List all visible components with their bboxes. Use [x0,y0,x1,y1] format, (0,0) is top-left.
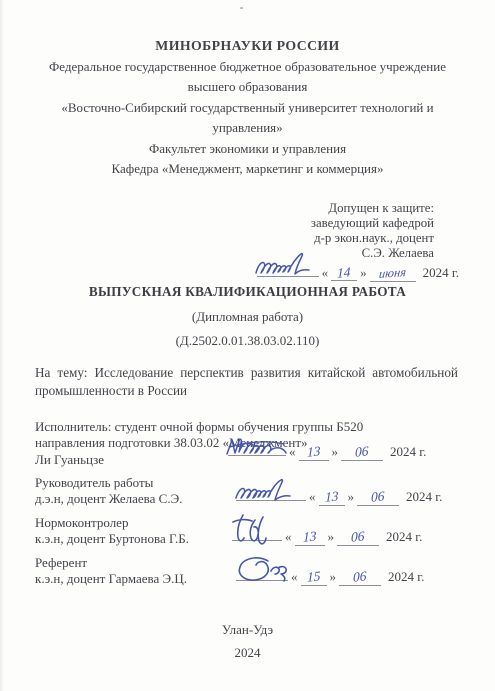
normcontrol-role: Нормоконтролер [35,515,189,531]
topic-block: На тему: Исследование перспектив развити… [35,364,458,400]
approval-line2: заведующий кафедрой [257,216,459,231]
executor-month-handwritten: 06 [355,443,368,460]
laquo: « [285,529,292,544]
executor-date-line: «13»062024 г. [228,444,426,461]
department-name: Кафедра «Менеджмент, маркетинг и коммерц… [0,159,495,180]
supervisor-day-handwritten: 13 [325,488,338,505]
approval-day-handwritten: 14 [337,264,350,280]
referent-person: к.э.н, доцент Гармаева Э.Ц. [35,571,187,587]
approval-month-field: июня [370,265,416,282]
referent-role: Референт [35,555,187,571]
normcontrol-year-label: 2024 г. [386,529,422,544]
supervisor-month-handwritten: 06 [371,488,384,505]
normcontrol-day-handwritten: 13 [303,528,316,545]
supervisor-date-line: «13»062024 г. [236,489,442,506]
supervisor-block: Руководитель работы д.э.н, доцент Желаев… [35,475,182,508]
signature-garmaeva-icon [232,553,290,587]
ministry-name: МИНОБРНАУКИ РОССИИ [0,36,495,57]
footer-city: Улан-Удэ [0,622,495,638]
university-line1: «Восточно-Сибирский государственный унив… [0,98,495,119]
supervisor-role: Руководитель работы [35,475,182,491]
supervisor-signature-field [236,500,306,501]
supervisor-day-field: 13 [319,489,345,506]
institution-line2: высшего образования [0,77,495,98]
faculty-name: Факультет экономики и управления [0,139,495,160]
normcontrol-signature-field [232,540,282,541]
scan-artifact-dot [240,7,243,9]
executor-line1: Исполнитель: студент очной формы обучени… [35,419,363,435]
normcontrol-month-field: 06 [337,529,379,546]
normcontrol-day-field: 13 [295,529,325,546]
normcontrol-date-line: «13»062024 г. [232,529,422,546]
approval-line3: д-р экон.наук., доцент [257,231,459,246]
laquo: « [291,569,298,584]
footer-year: 2024 [0,645,495,661]
approval-day-field: 14 [331,265,357,281]
work-subtitle: (Дипломная работа) [0,309,495,325]
approval-year-label: 2024 г. [423,265,459,280]
approval-line1: Допущен к защите: [257,201,459,216]
normcontrol-month-handwritten: 06 [351,528,364,545]
topic-line2: промышленности в России [35,382,458,400]
referent-date-line: «15»062024 г. [236,569,424,586]
laquo: « [289,444,296,459]
normcontrol-person: к.э.н, доцент Буртонова Г.Б. [35,531,189,547]
raquo: » [332,444,339,459]
title-block: ВЫПУСКНАЯ КВАЛИФИКАЦИОННАЯ РАБОТА (Дипло… [0,284,495,349]
approval-date-line: «14»июня2024 г. [257,265,459,282]
executor-year-label: 2024 г. [390,444,426,459]
normcontrol-block: Нормоконтролер к.э.н, доцент Буртонова Г… [35,515,189,548]
approval-block: Допущен к защите: заведующий кафедрой д-… [257,201,459,282]
referent-signature-field [236,580,288,581]
raquo: » [348,489,355,504]
executor-signature-field [228,455,286,456]
signature-zhelaeva-icon [232,478,308,504]
work-title: ВЫПУСКНАЯ КВАЛИФИКАЦИОННАЯ РАБОТА [0,284,495,300]
university-line2: управления» [0,118,495,139]
approval-month-handwritten: июня [378,265,407,282]
raquo: » [330,569,337,584]
supervisor-person: д.э.н, доцент Желаева С.Э. [35,491,182,507]
referent-month-handwritten: 06 [353,568,366,585]
laquo: « [309,489,316,504]
header-block: МИНОБРНАУКИ РОССИИ Федеральное государст… [0,36,495,180]
supervisor-year-label: 2024 г. [406,489,442,504]
executor-month-field: 06 [341,444,383,461]
approval-signature-field [257,276,319,277]
referent-day-field: 15 [301,569,327,586]
executor-day-field: 13 [299,444,329,461]
raquo: » [360,265,367,280]
referent-month-field: 06 [339,569,381,586]
referent-day-handwritten: 15 [307,568,320,585]
approval-head-name: С.Э. Желаева [257,246,459,261]
referent-year-label: 2024 г. [388,569,424,584]
institution-line1: Федеральное государственное бюджетное об… [0,57,495,78]
executor-day-handwritten: 13 [307,443,320,460]
laquo: « [322,265,329,280]
signature-burtonova-icon [226,511,280,549]
supervisor-month-field: 06 [357,489,399,506]
work-code: (Д.2502.0.01.38.03.02.110) [0,333,495,349]
raquo: » [328,529,335,544]
thesis-title-page: МИНОБРНАУКИ РОССИИ Федеральное государст… [0,0,495,691]
topic-line1: На тему: Исследование перспектив развити… [35,364,458,382]
referent-block: Референт к.э.н, доцент Гармаева Э.Ц. [35,555,187,588]
